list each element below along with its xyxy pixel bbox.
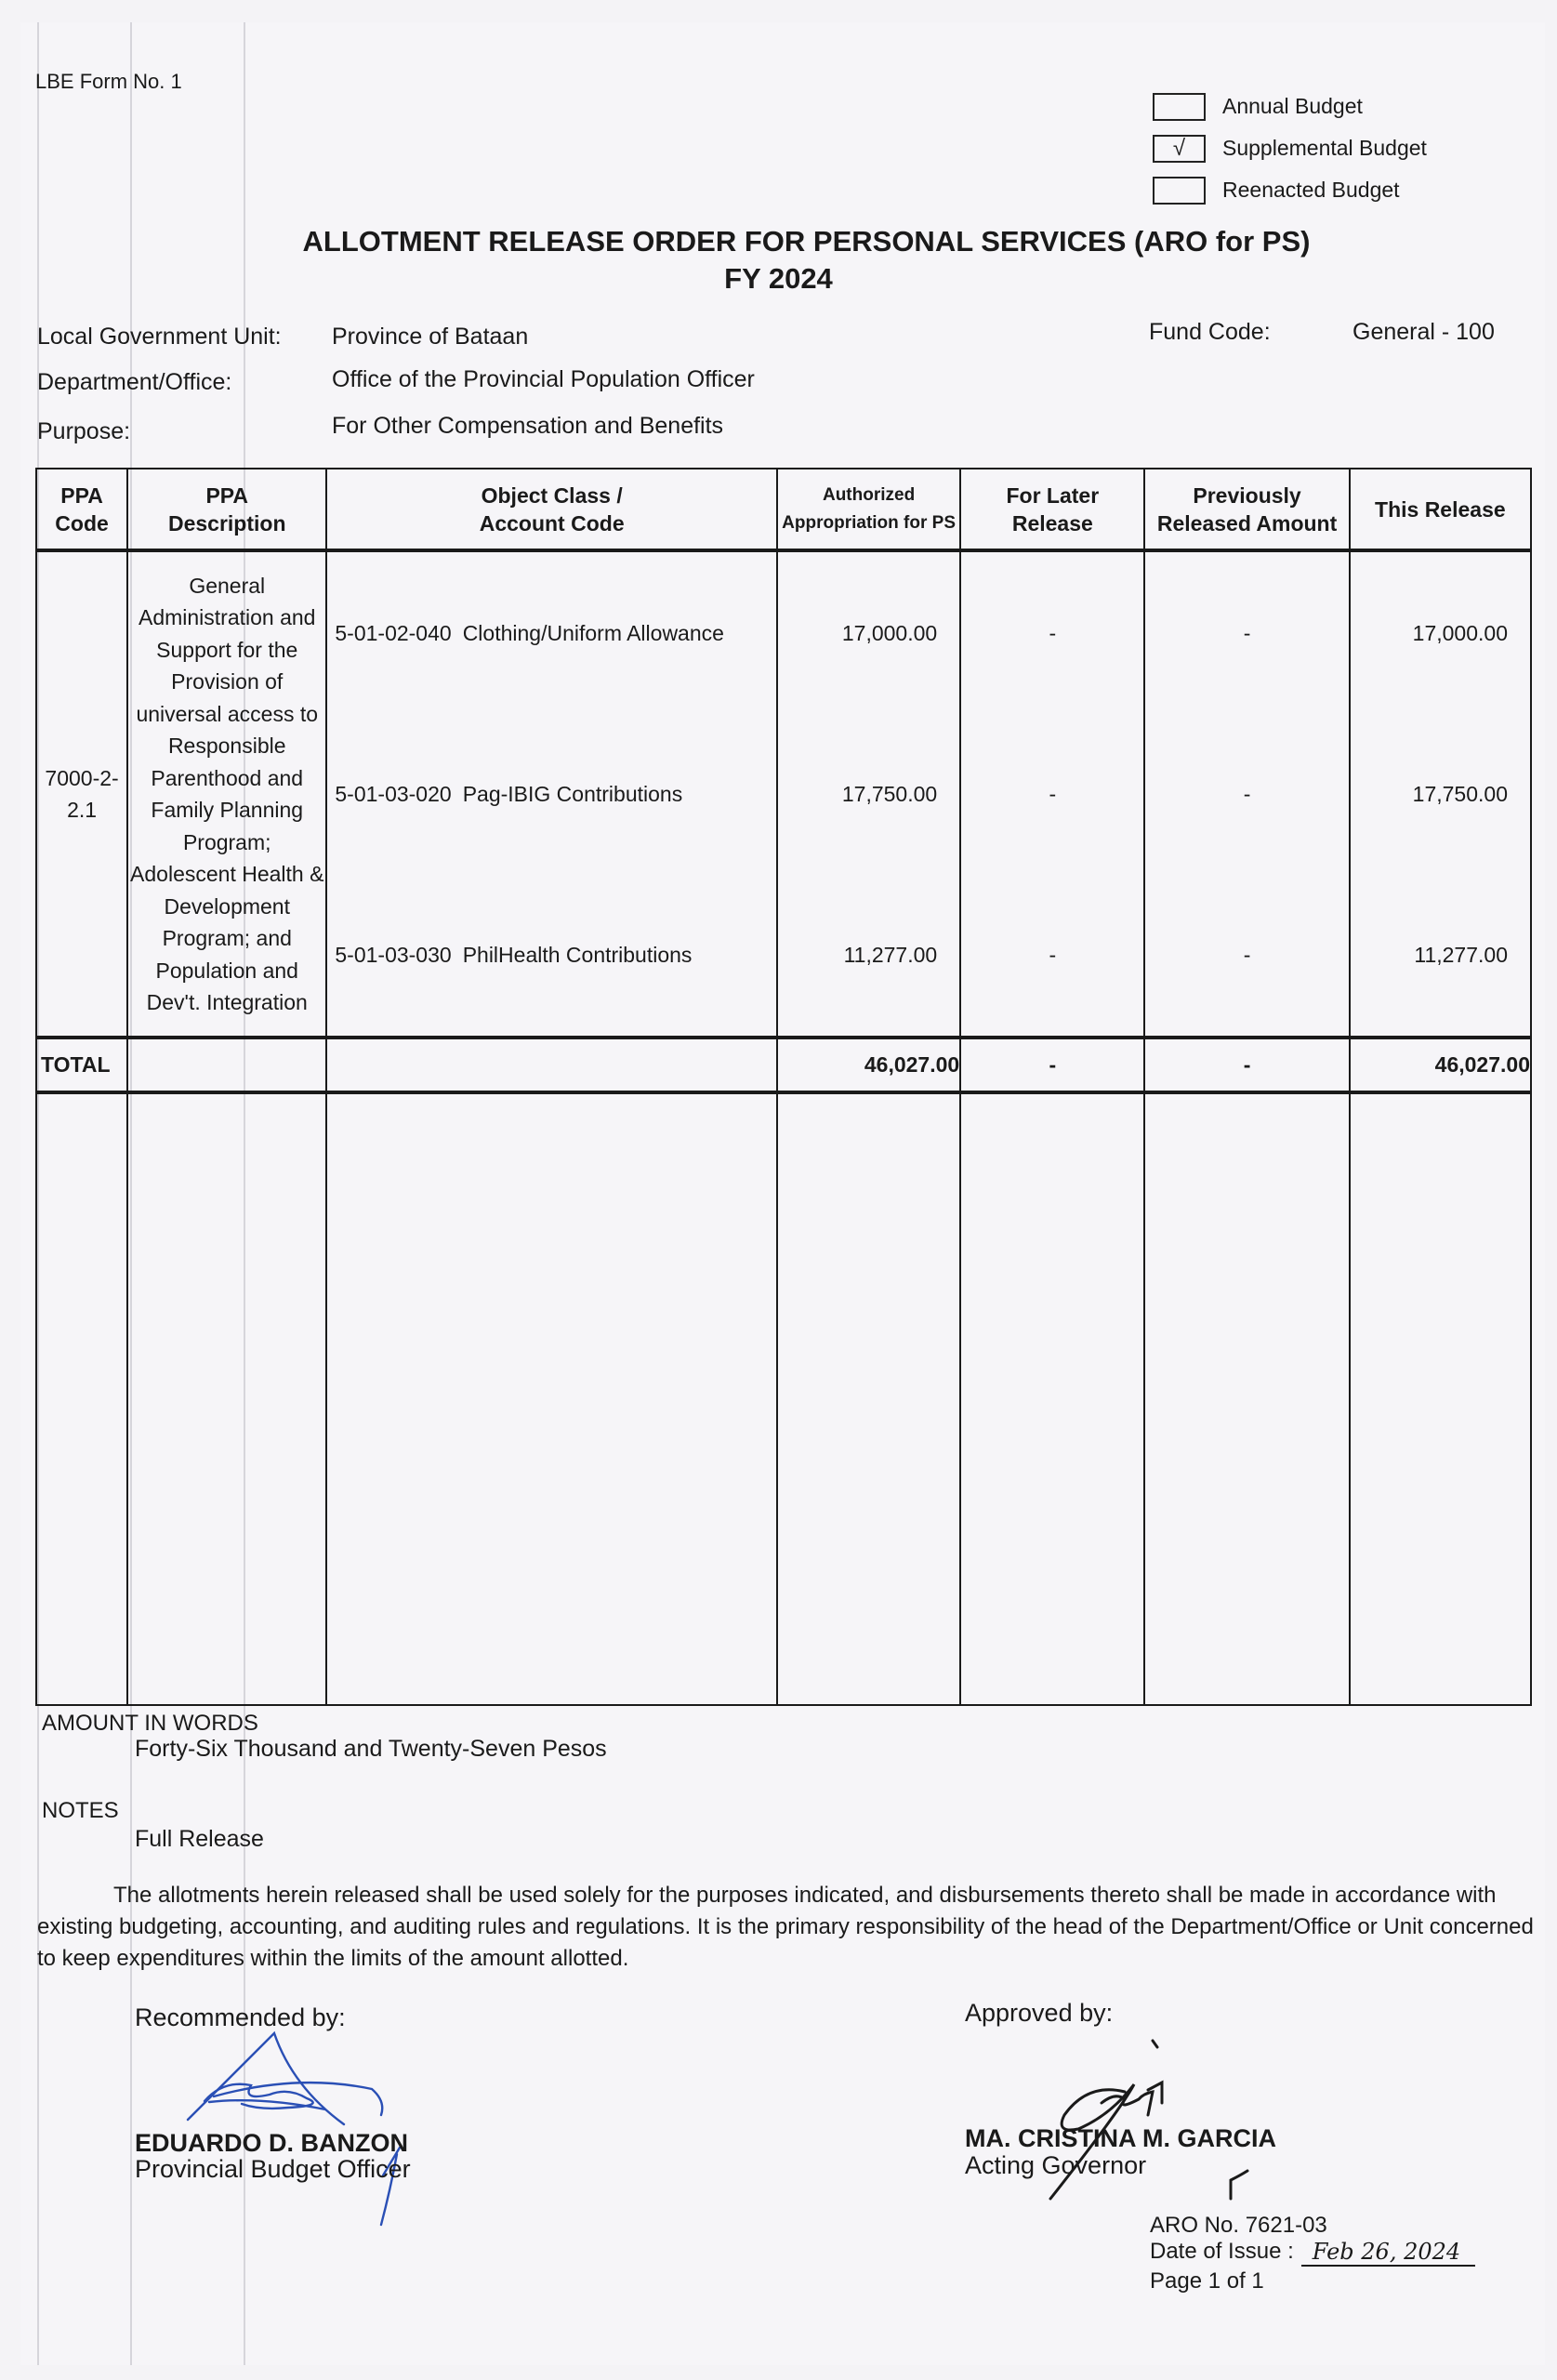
disclaimer-paragraph: The allotments herein released shall be … bbox=[37, 1880, 1534, 1975]
header-ppa-description: PPADescription bbox=[127, 469, 326, 550]
approved-by-label: Approved by: bbox=[965, 1999, 1113, 2028]
empty-cell bbox=[127, 1092, 326, 1705]
page-number: Page 1 of 1 bbox=[1150, 2268, 1264, 2294]
date-of-issue-value: Feb 26, 2024 bbox=[1301, 2239, 1475, 2267]
previously-value: - bbox=[1145, 939, 1348, 971]
ppa-description-line: Development bbox=[128, 891, 325, 923]
authorized-value: 17,000.00 bbox=[778, 617, 948, 649]
table-row: 5-01-02-040Clothing/Uniform Allowance bbox=[327, 617, 776, 649]
fund-code-label: Fund Code: bbox=[1149, 319, 1271, 346]
header-previously-released: PreviouslyReleased Amount bbox=[1144, 469, 1349, 550]
ppa-description-line: Parenthood and bbox=[128, 762, 325, 795]
empty-cell bbox=[777, 1092, 960, 1705]
previously-value: - bbox=[1145, 778, 1348, 810]
object-class: PhilHealth Contributions bbox=[463, 943, 693, 967]
total-label: TOTAL bbox=[36, 1038, 127, 1092]
purpose-label: Purpose: bbox=[37, 418, 130, 445]
table-header-row: PPACode PPADescription Object Class /Acc… bbox=[36, 469, 1531, 550]
checkbox-reenacted-budget[interactable] bbox=[1153, 177, 1206, 205]
budget-type-supplemental: √ Supplemental Budget bbox=[1153, 127, 1427, 169]
for-later-value: - bbox=[961, 939, 1143, 971]
checkbox-annual-budget[interactable] bbox=[1153, 93, 1206, 121]
account-code: 5-01-03-030 bbox=[335, 943, 451, 967]
this-release-value: 17,000.00 bbox=[1351, 617, 1519, 649]
lgu-label: Local Government Unit: bbox=[37, 324, 282, 350]
authorized-value: 17,750.00 bbox=[778, 778, 948, 810]
fund-code-value: General - 100 bbox=[1352, 319, 1495, 346]
recommended-by-name: EDUARDO D. BANZON bbox=[135, 2129, 408, 2158]
purpose-value: For Other Compensation and Benefits bbox=[332, 413, 723, 440]
budget-type-label: Supplemental Budget bbox=[1222, 136, 1427, 161]
previously-cell: --- bbox=[1144, 550, 1349, 1038]
department-label: Department/Office: bbox=[37, 369, 231, 396]
budget-type-checklist: Annual Budget √ Supplemental Budget Reen… bbox=[1153, 86, 1427, 211]
budget-type-label: Reenacted Budget bbox=[1222, 178, 1400, 203]
ppa-description-line: Responsible bbox=[128, 730, 325, 762]
empty-cell bbox=[326, 1038, 777, 1092]
ppa-description-line: General bbox=[128, 570, 325, 602]
amount-in-words-value: Forty-Six Thousand and Twenty-Seven Peso… bbox=[135, 1736, 607, 1763]
ppa-description-line: universal access to bbox=[128, 698, 325, 731]
ppa-description-line: Program; and bbox=[128, 922, 325, 955]
budget-type-label: Annual Budget bbox=[1222, 94, 1363, 119]
this-release-cell: 17,000.0017,750.0011,277.00 bbox=[1350, 550, 1531, 1038]
previously-value: - bbox=[1145, 617, 1348, 649]
this-release-value: 17,750.00 bbox=[1351, 778, 1519, 810]
document-title: ALLOTMENT RELEASE ORDER FOR PERSONAL SER… bbox=[0, 223, 1557, 297]
header-for-later-release: For LaterRelease bbox=[960, 469, 1144, 550]
total-authorized: 46,027.00 bbox=[777, 1038, 960, 1092]
account-code: 5-01-03-020 bbox=[335, 782, 451, 806]
approved-by-title: Acting Governor bbox=[965, 2151, 1146, 2180]
allotment-table: PPACode PPADescription Object Class /Acc… bbox=[35, 468, 1532, 1706]
fiscal-year: FY 2024 bbox=[0, 260, 1557, 297]
table-row: 5-01-03-020Pag-IBIG Contributions bbox=[327, 778, 776, 810]
budget-type-annual: Annual Budget bbox=[1153, 86, 1427, 127]
total-previously: - bbox=[1144, 1038, 1349, 1092]
signature-approved-icon bbox=[1032, 2027, 1218, 2213]
date-of-issue: Date of Issue : Feb 26, 2024 bbox=[1150, 2239, 1475, 2267]
for-later-cell: --- bbox=[960, 550, 1144, 1038]
header-object-class: Object Class /Account Code bbox=[326, 469, 777, 550]
for-later-value: - bbox=[961, 778, 1143, 810]
empty-cell bbox=[326, 1092, 777, 1705]
ppa-description-line: Family Planning bbox=[128, 794, 325, 826]
empty-cell bbox=[960, 1092, 1144, 1705]
empty-cell bbox=[36, 1092, 127, 1705]
ppa-description-line: Support for the bbox=[128, 634, 325, 667]
lgu-value: Province of Bataan bbox=[332, 324, 528, 350]
table-row-blank bbox=[36, 1092, 1531, 1705]
amount-in-words-label: AMOUNT IN WORDS bbox=[42, 1711, 258, 1737]
ppa-description-line: Adolescent Health & bbox=[128, 858, 325, 891]
this-release-value: 11,277.00 bbox=[1351, 939, 1519, 971]
object-class: Clothing/Uniform Allowance bbox=[463, 621, 724, 645]
recommended-by-title: Provincial Budget Officer bbox=[135, 2155, 411, 2184]
ppa-description-line: Population and bbox=[128, 955, 325, 987]
ppa-code-cell: 7000-2- 2.1 bbox=[36, 550, 127, 1038]
header-authorized-appropriation: AuthorizedAppropriation for PS bbox=[777, 469, 960, 550]
ppa-description-line: Provision of bbox=[128, 666, 325, 698]
form-number: LBE Form No. 1 bbox=[35, 70, 182, 94]
notes-label: NOTES bbox=[42, 1798, 119, 1824]
ppa-description-line: Dev't. Integration bbox=[128, 986, 325, 1019]
total-this-release: 46,027.00 bbox=[1350, 1038, 1531, 1092]
ppa-description-cell: GeneralAdministration andSupport for the… bbox=[127, 550, 326, 1038]
object-class-cell: 5-01-02-040Clothing/Uniform Allowance5-0… bbox=[326, 550, 777, 1038]
approved-by-name: MA. CRISTINA M. GARCIA bbox=[965, 2124, 1276, 2153]
for-later-value: - bbox=[961, 617, 1143, 649]
ppa-description-line: Program; bbox=[128, 826, 325, 859]
date-of-issue-label: Date of Issue : bbox=[1150, 2239, 1294, 2267]
aro-number: ARO No. 7621-03 bbox=[1150, 2213, 1327, 2239]
notes-value: Full Release bbox=[135, 1826, 264, 1853]
object-class: Pag-IBIG Contributions bbox=[463, 782, 683, 806]
empty-cell bbox=[1350, 1092, 1531, 1705]
budget-type-reenacted: Reenacted Budget bbox=[1153, 169, 1427, 211]
account-code: 5-01-02-040 bbox=[335, 621, 451, 645]
title-line: ALLOTMENT RELEASE ORDER FOR PERSONAL SER… bbox=[0, 223, 1557, 260]
total-for-later: - bbox=[960, 1038, 1144, 1092]
ppa-description-line: Administration and bbox=[128, 602, 325, 634]
table-row-items: 7000-2- 2.1 GeneralAdministration andSup… bbox=[36, 550, 1531, 1038]
table-row-total: TOTAL 46,027.00 - - 46,027.00 bbox=[36, 1038, 1531, 1092]
authorized-cell: 17,000.0017,750.0011,277.00 bbox=[777, 550, 960, 1038]
authorized-value: 11,277.00 bbox=[778, 939, 948, 971]
checkbox-supplemental-budget[interactable]: √ bbox=[1153, 135, 1206, 163]
empty-cell bbox=[127, 1038, 326, 1092]
department-value: Office of the Provincial Population Offi… bbox=[332, 366, 755, 393]
header-ppa-code: PPACode bbox=[36, 469, 127, 550]
header-this-release: This Release bbox=[1350, 469, 1531, 550]
table-row: 5-01-03-030PhilHealth Contributions bbox=[327, 939, 776, 971]
empty-cell bbox=[1144, 1092, 1349, 1705]
